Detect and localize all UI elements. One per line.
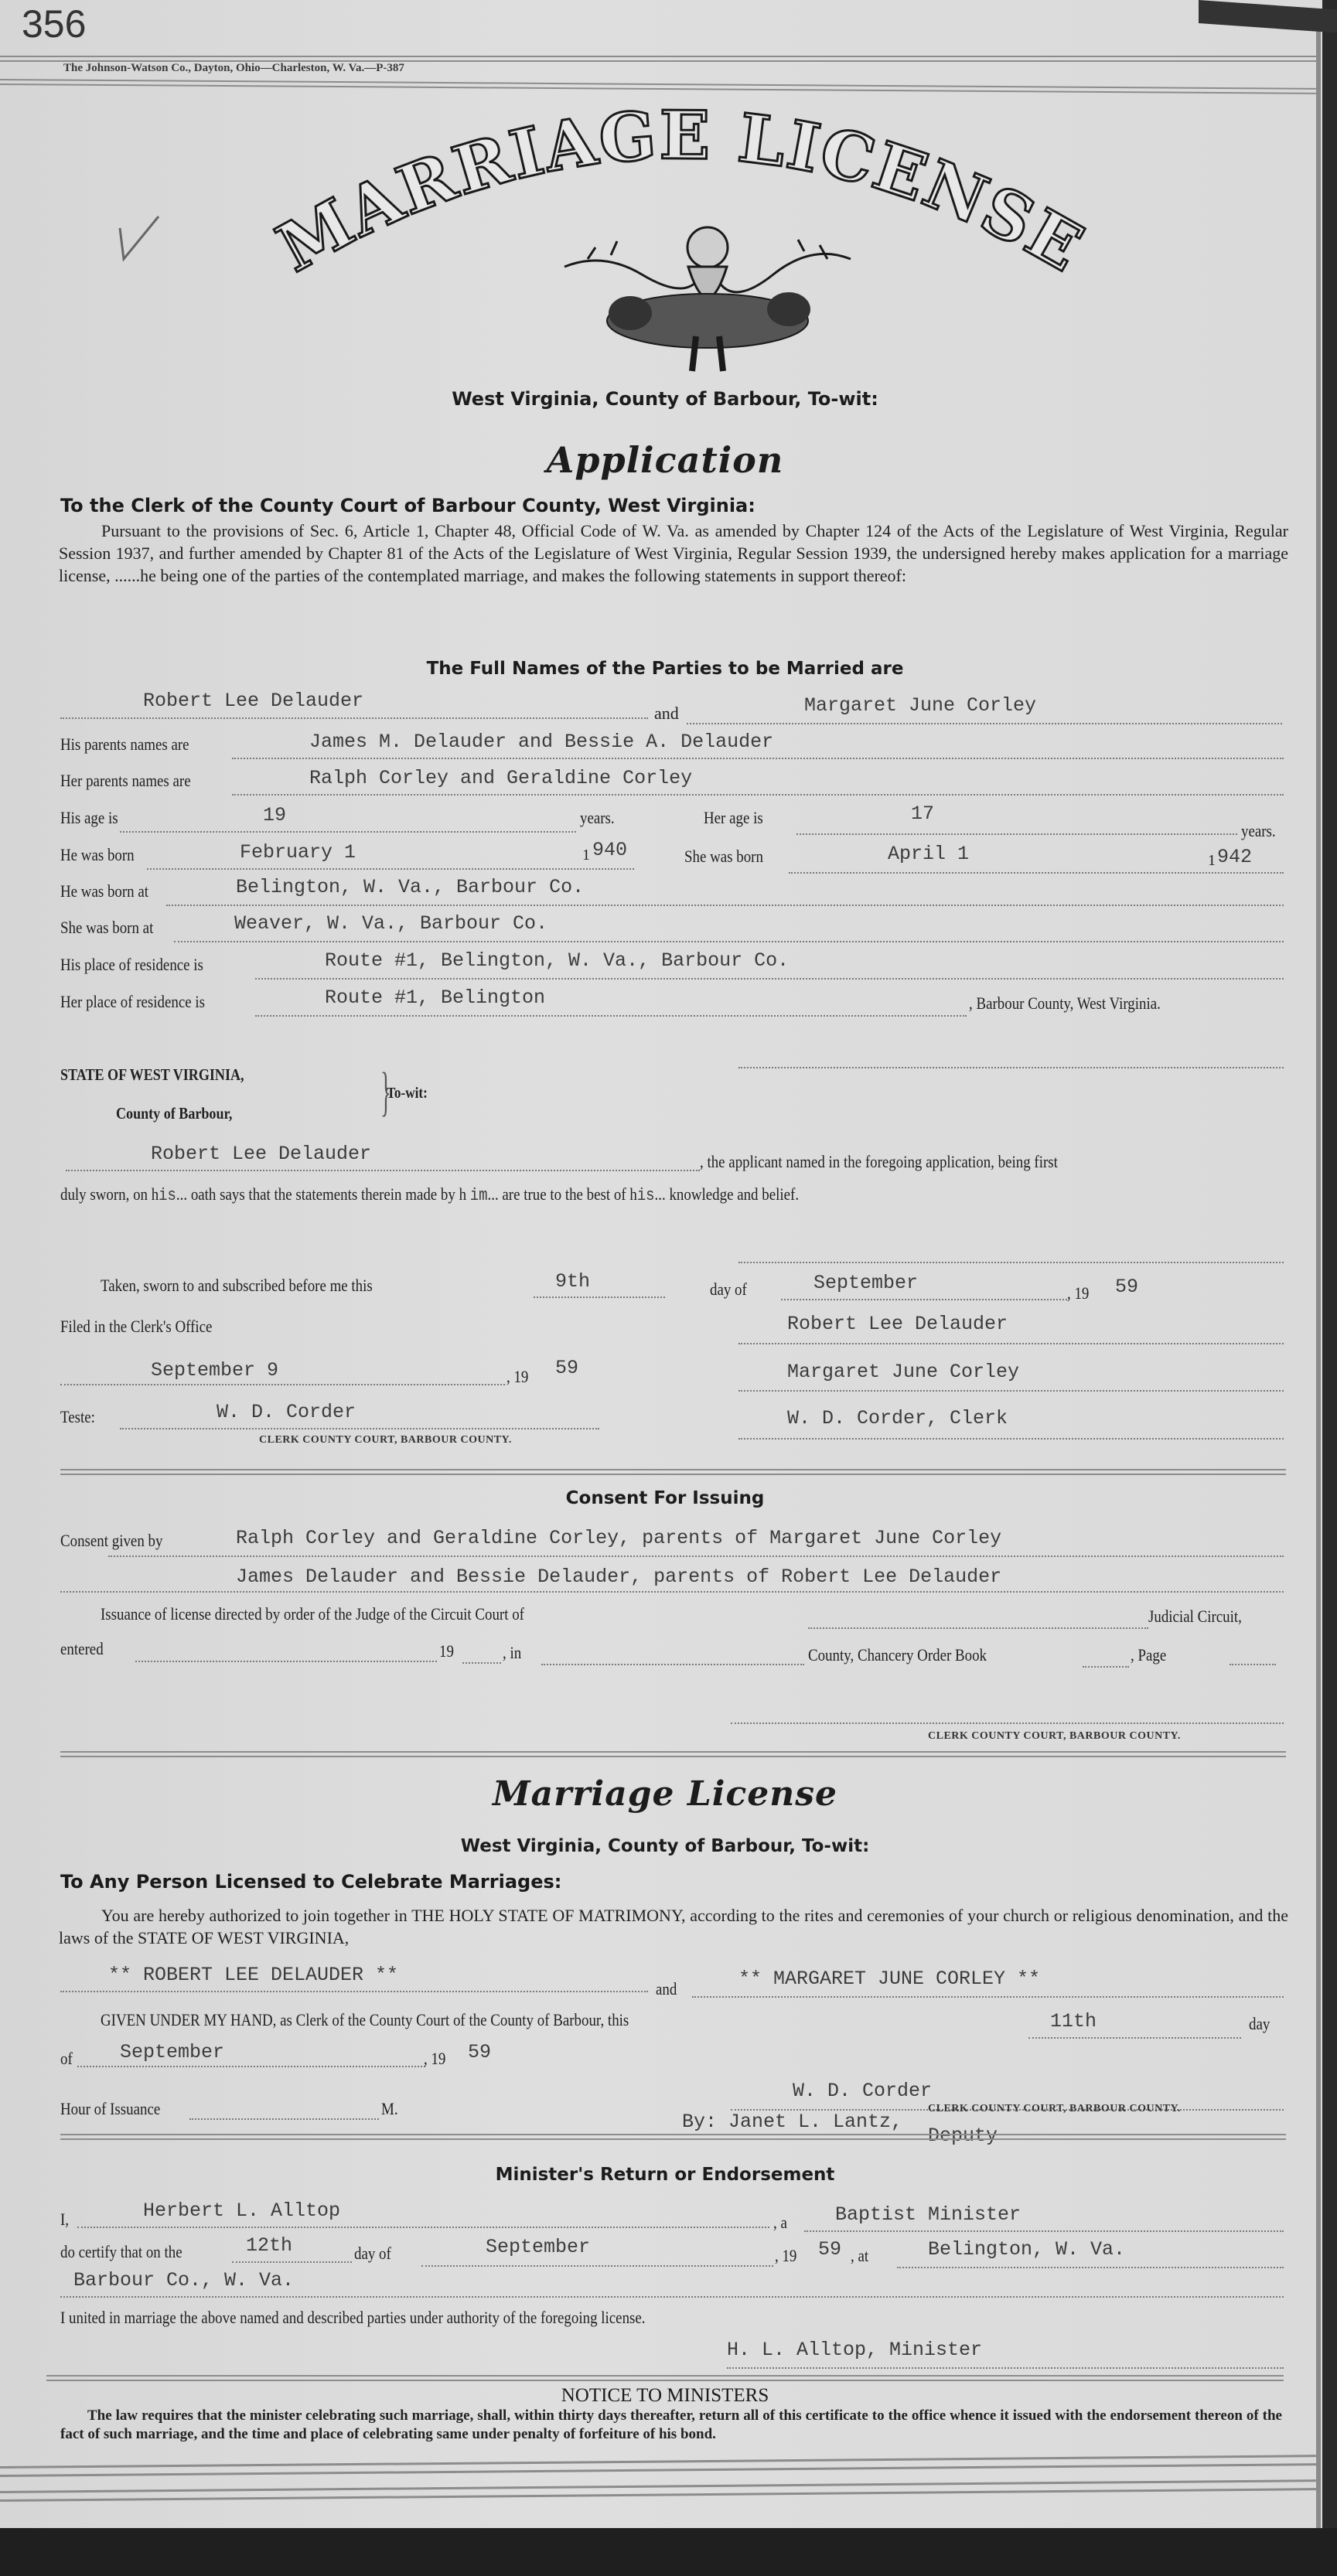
top-rule bbox=[0, 56, 1316, 62]
license-heading: Marriage License bbox=[46, 1774, 1284, 1814]
chancery-book-label: County, Chancery Order Book bbox=[808, 1645, 1016, 1665]
minister-name-line bbox=[77, 2227, 769, 2228]
affiant-line bbox=[66, 1170, 700, 1171]
she-born-year: 942 bbox=[1217, 846, 1252, 868]
signature-clerk: W. D. Corder, Clerk bbox=[787, 1407, 1008, 1429]
consent-line-1-rule bbox=[108, 1555, 1284, 1557]
license-groom-line bbox=[60, 1991, 648, 1992]
entered-label: entered bbox=[60, 1639, 111, 1659]
given-year: 59 bbox=[468, 2041, 491, 2063]
signature-bride-line bbox=[738, 1390, 1284, 1392]
section-rule-consent bbox=[60, 1469, 1286, 1475]
hour-line bbox=[189, 2118, 379, 2120]
teste-line bbox=[120, 1428, 599, 1429]
minister-signature-line bbox=[727, 2367, 1284, 2369]
return-place-line-1 bbox=[897, 2267, 1284, 2268]
his-age-line bbox=[120, 831, 576, 833]
her-residence-label: Her place of residence is bbox=[60, 992, 228, 1012]
towit-affidavit: To-wit: bbox=[387, 1085, 434, 1102]
his-parents-value: James M. Delauder and Bessie A. Delauder bbox=[309, 731, 773, 753]
certify-label: do certify that on the bbox=[60, 2242, 202, 2262]
notice-body: The law requires that the minister celeb… bbox=[60, 2407, 1282, 2442]
license-body: You are hereby authorized to join togeth… bbox=[59, 1904, 1288, 1949]
page-line bbox=[1230, 1664, 1276, 1665]
notice-heading: NOTICE TO MINISTERS bbox=[46, 2385, 1284, 2407]
page-number: 356 bbox=[22, 2, 86, 46]
her-age-value: 17 bbox=[911, 802, 934, 825]
cherub-ornament-icon bbox=[557, 220, 858, 375]
teste-name: W. D. Corder bbox=[217, 1401, 356, 1423]
affidavit-line-2 bbox=[738, 1262, 1284, 1263]
return-day: 12th bbox=[246, 2234, 292, 2257]
state-label: STATE OF WEST VIRGINIA, bbox=[60, 1065, 274, 1085]
license-clerk-caption: CLERK COUNTY COURT, BARBOUR COUNTY. bbox=[928, 2103, 1181, 2115]
check-mark-icon bbox=[116, 213, 162, 267]
affidavit-top-line bbox=[738, 1067, 1284, 1068]
filed-date: September 9 bbox=[151, 1359, 278, 1382]
book-line bbox=[1083, 1666, 1129, 1668]
sworn-label: Taken, sworn to and subscribed before me… bbox=[101, 1276, 417, 1296]
she-born-line bbox=[789, 872, 1284, 874]
return-place-1: Belington, W. Va. bbox=[928, 2238, 1125, 2261]
her-residence-value: Route #1, Belington bbox=[325, 986, 545, 1009]
given-of: of bbox=[60, 2049, 74, 2069]
consent-line-2-rule bbox=[60, 1591, 1284, 1593]
he-born-year-prefix: 1 bbox=[582, 847, 590, 864]
sworn-month: September bbox=[813, 1272, 918, 1294]
page-edge-bottom bbox=[0, 2528, 1337, 2576]
return-month: September bbox=[486, 2236, 590, 2258]
consent-line-2: James Delauder and Bessie Delauder, pare… bbox=[236, 1566, 1001, 1588]
he-born-date: February 1 bbox=[240, 841, 356, 864]
sworn-year: 59 bbox=[1115, 1276, 1138, 1298]
section-rule-notice bbox=[46, 2375, 1284, 2381]
notice-text: The law requires that the minister celeb… bbox=[60, 2407, 1282, 2444]
given-text: GIVEN UNDER MY HAND, as Clerk of the Cou… bbox=[101, 2010, 715, 2030]
teste-clerk-caption: CLERK COUNTY COURT, BARBOUR COUNTY. bbox=[259, 1434, 512, 1446]
oath-text-c: are true to the best of h bbox=[502, 1184, 636, 1204]
given-day-line bbox=[1028, 2037, 1241, 2039]
return-month-line bbox=[421, 2265, 773, 2267]
license-and: and bbox=[656, 1979, 680, 1999]
consent-line-1: Ralph Corley and Geraldine Corley, paren… bbox=[236, 1527, 1001, 1549]
oath-text-d: knowledge and belief. bbox=[669, 1184, 799, 1204]
given-day-label: day bbox=[1249, 2014, 1274, 2034]
signature-bride: Margaret June Corley bbox=[787, 1361, 1019, 1383]
minister-title: Baptist Minister bbox=[835, 2203, 1021, 2226]
he-born-line bbox=[147, 868, 634, 870]
his-age-value: 19 bbox=[263, 804, 286, 826]
given-month-line bbox=[77, 2066, 425, 2067]
application-heading: Application bbox=[46, 439, 1284, 481]
given-day: 11th bbox=[1050, 2010, 1097, 2033]
affiant-suffix: , the applicant named in the foregoing a… bbox=[700, 1152, 1116, 1172]
minister-title-line bbox=[804, 2230, 1284, 2232]
license-bride: ** MARGARET JUNE CORLEY ** bbox=[738, 1968, 1040, 1990]
clerk-addressee: To the Clerk of the County Court of Barb… bbox=[60, 495, 755, 516]
he-born-year: 940 bbox=[592, 839, 627, 861]
signature-groom: Robert Lee Delauder bbox=[787, 1313, 1008, 1335]
bottom-rule-2 bbox=[0, 2479, 1316, 2502]
her-age-label: Her age is bbox=[704, 808, 773, 828]
return-year-prefix: , 19 bbox=[775, 2246, 800, 2266]
preamble-paragraph: Pursuant to the provisions of Sec. 6, Ar… bbox=[59, 520, 1288, 587]
she-born-label: She was born bbox=[684, 847, 776, 867]
his-age-label: His age is bbox=[60, 808, 128, 828]
jurisdiction-heading: West Virginia, County of Barbour, To-wit… bbox=[46, 388, 1284, 410]
entered-year-line bbox=[462, 1662, 501, 1664]
her-parents-value: Ralph Corley and Geraldine Corley bbox=[309, 767, 692, 789]
return-day-of: day of bbox=[354, 2244, 397, 2264]
license-jurisdiction: West Virginia, County of Barbour, To-wit… bbox=[46, 1836, 1284, 1856]
return-heading: Minister's Return or Endorsement bbox=[46, 2165, 1284, 2185]
he-born-label: He was born bbox=[60, 845, 146, 865]
deputy-name: By: Janet L. Lantz, bbox=[682, 2111, 902, 2133]
his-age-years: years. bbox=[580, 808, 620, 828]
license-addressee: To Any Person Licensed to Celebrate Marr… bbox=[60, 1871, 561, 1893]
she-born-at-value: Weaver, W. Va., Barbour Co. bbox=[234, 912, 547, 935]
signature-clerk-line bbox=[738, 1438, 1284, 1440]
judicial-circuit-label: Judicial Circuit, bbox=[1148, 1607, 1257, 1627]
and-label: and bbox=[654, 704, 679, 724]
he-born-at-line bbox=[166, 905, 1284, 906]
issuance-text: Issuance of license directed by order of… bbox=[101, 1604, 593, 1624]
she-born-at-label: She was born at bbox=[60, 918, 169, 938]
page-label: , Page bbox=[1131, 1645, 1172, 1665]
her-residence-line bbox=[255, 1015, 967, 1017]
filed-date-line bbox=[60, 1384, 505, 1385]
license-groom: ** ROBERT LEE DELAUDER ** bbox=[108, 1964, 398, 1986]
groom-name: Robert Lee Delauder bbox=[143, 690, 363, 712]
preamble-text: Pursuant to the provisions of Sec. 6, Ar… bbox=[59, 521, 1288, 585]
filed-year-prefix: , 19 bbox=[506, 1367, 532, 1387]
bride-name: Margaret June Corley bbox=[804, 694, 1036, 717]
pronoun-his-1: is bbox=[159, 1186, 176, 1205]
she-born-date: April 1 bbox=[888, 843, 969, 865]
m-label: M. bbox=[381, 2099, 401, 2119]
teste-label: Teste: bbox=[60, 1407, 101, 1427]
license-clerk-name: W. D. Corder bbox=[793, 2080, 932, 2102]
page-edge-right bbox=[1316, 23, 1321, 2544]
return-i: I, bbox=[60, 2210, 70, 2230]
his-parents-line bbox=[232, 758, 1284, 759]
her-age-years: years. bbox=[1241, 821, 1281, 841]
his-parents-label: His parents names are bbox=[60, 734, 210, 755]
entered-nineteen: 19 bbox=[439, 1641, 456, 1661]
return-a: , a bbox=[773, 2213, 790, 2233]
return-year: 59 bbox=[818, 2238, 841, 2261]
he-born-at-value: Belington, W. Va., Barbour Co. bbox=[236, 876, 584, 898]
license-bride-line bbox=[692, 1996, 1284, 1998]
oath-text-b: oath says that the statements therein ma… bbox=[191, 1184, 466, 1204]
groom-name-line bbox=[60, 717, 648, 719]
her-age-line bbox=[796, 833, 1237, 835]
license-body-text: You are hereby authorized to join togeth… bbox=[59, 1906, 1288, 1947]
consent-clerk-line bbox=[731, 1722, 1284, 1724]
return-place-2: Barbour Co., W. Va. bbox=[73, 2269, 294, 2291]
minister-name: Herbert L. Alltop bbox=[143, 2199, 340, 2222]
pronoun-him: im bbox=[470, 1186, 488, 1205]
county-line bbox=[541, 1664, 804, 1665]
county-label: County of Barbour, bbox=[116, 1104, 251, 1123]
return-place-line-2 bbox=[60, 2296, 1284, 2298]
section-rule-return bbox=[60, 2134, 1286, 2140]
pronoun-his-2: is bbox=[637, 1186, 655, 1205]
sworn-day-of: day of bbox=[710, 1279, 753, 1300]
return-at: , at bbox=[851, 2246, 871, 2266]
sworn-year-prefix: , 19 bbox=[1067, 1283, 1093, 1303]
license-page: 356 The Johnson-Watson Co., Dayton, Ohio… bbox=[0, 0, 1322, 2544]
sworn-day: 9th bbox=[555, 1270, 590, 1293]
top-rule-2 bbox=[0, 79, 1316, 94]
bottom-rule-1 bbox=[0, 2455, 1316, 2477]
affiant-name: Robert Lee Delauder bbox=[151, 1143, 371, 1165]
parties-heading: The Full Names of the Parties to be Marr… bbox=[46, 659, 1284, 679]
hour-label: Hour of Issuance bbox=[60, 2099, 176, 2119]
signature-groom-line bbox=[738, 1343, 1284, 1344]
given-year-prefix: , 19 bbox=[424, 2049, 449, 2069]
printer-imprint: The Johnson-Watson Co., Dayton, Ohio—Cha… bbox=[63, 62, 404, 75]
filed-year: 59 bbox=[555, 1357, 578, 1379]
minister-signature: H. L. Alltop, Minister bbox=[727, 2339, 982, 2361]
his-residence-value: Route #1, Belington, W. Va., Barbour Co. bbox=[325, 949, 789, 972]
her-parents-line bbox=[232, 794, 1284, 796]
circuit-line bbox=[808, 1627, 1148, 1629]
sworn-day-line bbox=[534, 1297, 665, 1298]
she-born-year-prefix: 1 bbox=[1208, 852, 1216, 870]
sworn-month-line bbox=[781, 1299, 1067, 1300]
his-residence-label: His place of residence is bbox=[60, 955, 227, 975]
her-parents-label: Her parents names are bbox=[60, 771, 212, 791]
he-born-at-label: He was born at bbox=[60, 881, 163, 901]
consent-given-label: Consent given by bbox=[60, 1531, 179, 1551]
return-day-line bbox=[232, 2261, 352, 2263]
bride-name-line bbox=[687, 723, 1282, 724]
consent-heading: Consent For Issuing bbox=[46, 1488, 1284, 1508]
consent-clerk-caption: CLERK COUNTY COURT, BARBOUR COUNTY. bbox=[928, 1730, 1181, 1743]
given-month: September bbox=[120, 2041, 224, 2063]
filed-label: Filed in the Clerk's Office bbox=[60, 1317, 237, 1337]
section-rule-license bbox=[60, 1751, 1286, 1757]
oath-line: duly sworn, on his... oath says that the… bbox=[60, 1184, 919, 1205]
entered-line bbox=[135, 1661, 437, 1662]
entered-in: , in bbox=[503, 1643, 524, 1663]
she-born-at-line bbox=[174, 941, 1284, 942]
her-residence-suffix: , Barbour County, West Virginia. bbox=[969, 993, 1192, 1014]
united-text: I united in marriage the above named and… bbox=[60, 2308, 741, 2328]
his-residence-line bbox=[255, 978, 1284, 980]
oath-text-a: duly sworn, on h bbox=[60, 1184, 159, 1204]
